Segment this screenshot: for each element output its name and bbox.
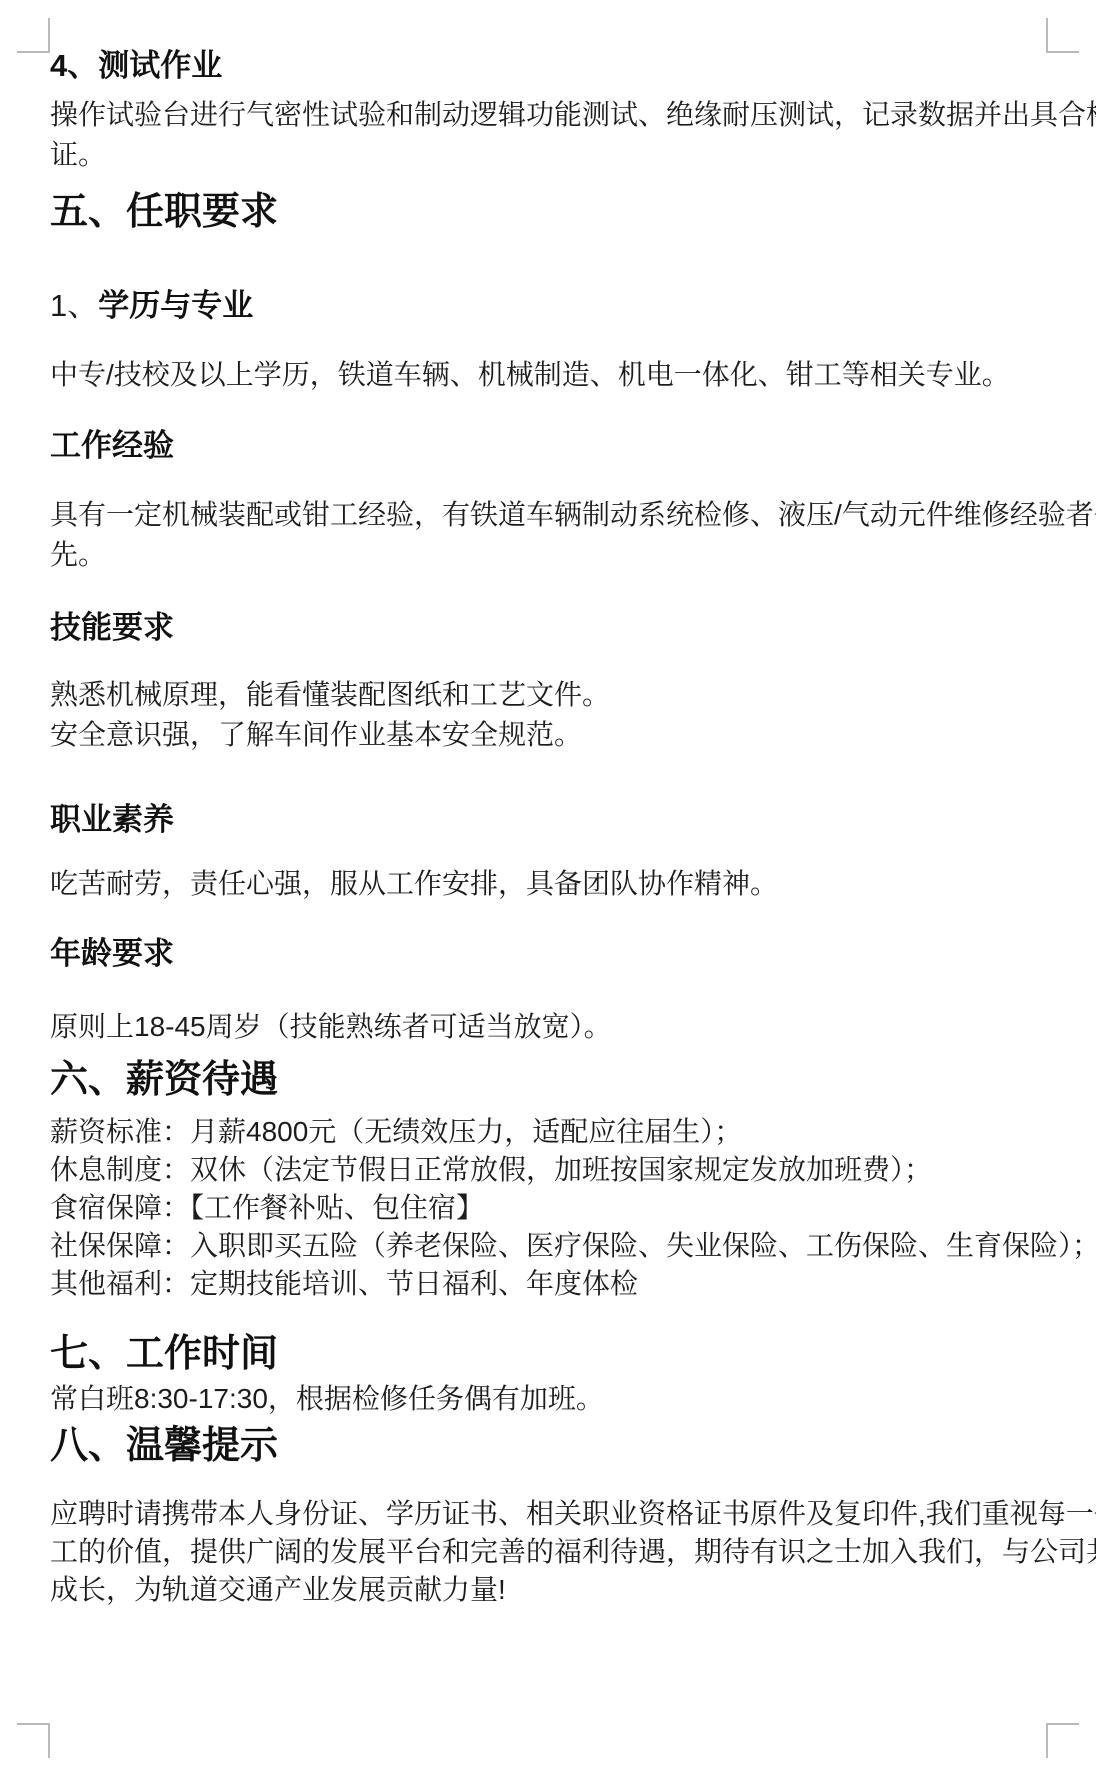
text-line: 社保保障：入职即买五险（养老保险、医疗保险、失业保险、工伤保险、生育保险）； <box>50 1227 1048 1265</box>
paragraph-age-requirement: 原则上18-45周岁（技能熟练者可适当放宽）。 <box>50 1007 1048 1047</box>
text-line: 先。 <box>50 535 1048 575</box>
text-line: 操作试验台进行气密性试验和制动逻辑功能测试、绝缘耐压测试，记录数据并出具合格 <box>50 95 1048 135</box>
text-line: 证。 <box>50 135 1048 175</box>
paragraph-work-experience: 具有一定机械装配或钳工经验，有铁道车辆制动系统检修、液压/气动元件维修经验者优 … <box>50 495 1048 575</box>
section-heading-education-major: 1、学历与专业 <box>50 285 1048 327</box>
section-heading-job-requirements: 五、任职要求 <box>50 187 1048 237</box>
text-line: 常白班8:30-17:30，根据检修任务偶有加班。 <box>50 1379 1048 1419</box>
text-line: 成长，为轨道交通产业发展贡献力量! <box>50 1571 1048 1609</box>
text-line: 工的价值，提供广阔的发展平台和完善的福利待遇，期待有识之士加入我们，与公司共同 <box>50 1533 1048 1571</box>
text-line: 薪资标准：月薪4800元（无绩效压力，适配应往届生）； <box>50 1113 1048 1151</box>
paragraph-salary-benefits: 薪资标准：月薪4800元（无绩效压力，适配应往届生）； 休息制度：双休（法定节假… <box>50 1113 1048 1303</box>
paragraph-professionalism: 吃苦耐劳，责任心强，服从工作安排，具备团队协作精神。 <box>50 864 1048 904</box>
text-line: 食宿保障：【工作餐补贴、包住宿】 <box>50 1189 1048 1227</box>
section-heading-professionalism: 职业素养 <box>50 799 1048 841</box>
page-corner-mark-bottom-left <box>17 1723 50 1758</box>
text-line: 其他福利：定期技能培训、节日福利、年度体检 <box>50 1265 1048 1303</box>
text-line: 中专/技校及以上学历，铁道车辆、机械制造、机电一体化、钳工等相关专业。 <box>50 355 1048 395</box>
paragraph-skill-requirements: 熟悉机械原理，能看懂装配图纸和工艺文件。 安全意识强，了解车间作业基本安全规范。 <box>50 675 1048 755</box>
section-heading-test-work: 4、测试作业 <box>50 45 1048 87</box>
text-line: 休息制度：双休（法定节假日正常放假，加班按国家规定发放加班费）； <box>50 1151 1048 1189</box>
text-line: 原则上18-45周岁（技能熟练者可适当放宽）。 <box>50 1007 1048 1047</box>
paragraph-education-major: 中专/技校及以上学历，铁道车辆、机械制造、机电一体化、钳工等相关专业。 <box>50 355 1048 395</box>
section-heading-kind-reminder: 八、温馨提示 <box>50 1421 1048 1471</box>
document-page: 4、测试作业 操作试验台进行气密性试验和制动逻辑功能测试、绝缘耐压测试，记录数据… <box>0 0 1096 1788</box>
heading-number: 1、 <box>50 288 98 323</box>
text-line: 具有一定机械装配或钳工经验，有铁道车辆制动系统检修、液压/气动元件维修经验者优 <box>50 495 1048 535</box>
section-heading-working-hours: 七、工作时间 <box>50 1329 1048 1379</box>
section-heading-age-requirement: 年龄要求 <box>50 933 1048 975</box>
paragraph-working-hours: 常白班8:30-17:30，根据检修任务偶有加班。 <box>50 1379 1048 1419</box>
heading-title: 学历与专业 <box>98 288 253 323</box>
text-line: 熟悉机械原理，能看懂装配图纸和工艺文件。 <box>50 675 1048 715</box>
paragraph-test-work: 操作试验台进行气密性试验和制动逻辑功能测试、绝缘耐压测试，记录数据并出具合格 证… <box>50 95 1048 175</box>
document-content: 4、测试作业 操作试验台进行气密性试验和制动逻辑功能测试、绝缘耐压测试，记录数据… <box>50 0 1048 1609</box>
section-heading-skill-requirements: 技能要求 <box>50 607 1048 649</box>
page-corner-mark-top-right <box>1046 18 1079 53</box>
text-line: 吃苦耐劳，责任心强，服从工作安排，具备团队协作精神。 <box>50 864 1048 904</box>
text-line: 安全意识强，了解车间作业基本安全规范。 <box>50 715 1048 755</box>
paragraph-kind-reminder: 应聘时请携带本人身份证、学历证书、相关职业资格证书原件及复印件,我们重视每一位员… <box>50 1495 1048 1609</box>
text-line: 应聘时请携带本人身份证、学历证书、相关职业资格证书原件及复印件,我们重视每一位员 <box>50 1495 1048 1533</box>
page-corner-mark-top-left <box>17 18 50 53</box>
section-heading-work-experience: 工作经验 <box>50 425 1048 467</box>
page-corner-mark-bottom-right <box>1046 1723 1079 1758</box>
section-heading-salary-benefits: 六、薪资待遇 <box>50 1055 1048 1105</box>
